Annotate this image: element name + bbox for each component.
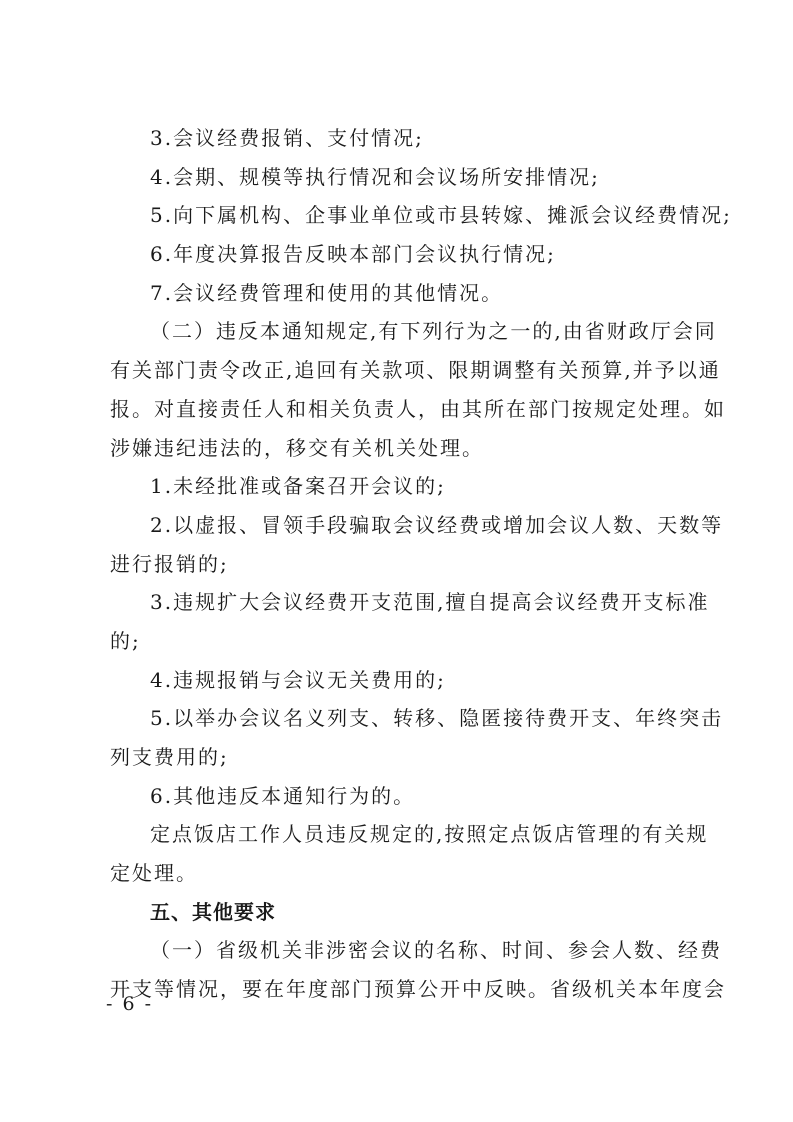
violation-item-2-line-1: 2.以虚报、冒领手段骗取会议经费或增加会议人数、天数等 [110,506,688,545]
list-item-other-management: 7.会议经费管理和使用的其他情况。 [110,274,688,313]
paragraph-disclosure-line-1: （一）省级机关非涉密会议的名称、时间、参会人数、经费 [110,931,688,970]
violation-item-5-line-1: 5.以举办会议名义列支、转移、隐匿接待费开支、年终突击 [110,699,688,738]
paragraph-violations-line-1: （二）违反本通知规定,有下列行为之一的,由省财政厅会同 [110,312,688,351]
violation-item-1: 1.未经批准或备案召开会议的; [110,467,688,506]
document-page: 3.会议经费报销、支付情况; 4.会期、规模等执行情况和会议场所安排情况; 5.… [0,0,793,1122]
page-number: - 6 - [106,992,153,1016]
violation-item-6: 6.其他违反本通知行为的。 [110,777,688,816]
list-item-meeting-duration-scale: 4.会期、规模等执行情况和会议场所安排情况; [110,158,688,197]
violation-item-4: 4.违规报销与会议无关费用的; [110,661,688,700]
document-body: 3.会议经费报销、支付情况; 4.会期、规模等执行情况和会议场所安排情况; 5.… [110,119,688,1009]
violation-item-3-line-2: 的; [110,622,688,661]
list-item-reimbursement-payment: 3.会议经费报销、支付情况; [110,119,688,158]
section-heading-other-requirements: 五、其他要求 [110,893,688,932]
paragraph-violations-line-4: 涉嫌违纪违法的，移交有关机关处理。 [110,429,688,468]
violation-item-3-line-1: 3.违规扩大会议经费开支范围,擅自提高会议经费开支标准 [110,583,688,622]
paragraph-disclosure-line-2: 开支等情况，要在年度部门预算公开中反映。省级机关本年度会 [110,970,688,1009]
paragraph-violations-line-2: 有关部门责令改正,追回有关款项、限期调整有关预算,并予以通 [110,351,688,390]
list-item-annual-report: 6.年度决算报告反映本部门会议执行情况; [110,235,688,274]
paragraph-hotel-staff-line-1: 定点饭店工作人员违反规定的,按照定点饭店管理的有关规 [110,815,688,854]
paragraph-violations-line-3: 报。对直接责任人和相关负责人，由其所在部门按规定处理。如 [110,390,688,429]
violation-item-5-line-2: 列支费用的; [110,738,688,777]
list-item-cost-shifting: 5.向下属机构、企事业单位或市县转嫁、摊派会议经费情况; [110,196,688,235]
violation-item-2-line-2: 进行报销的; [110,545,688,584]
paragraph-hotel-staff-line-2: 定处理。 [110,854,688,893]
